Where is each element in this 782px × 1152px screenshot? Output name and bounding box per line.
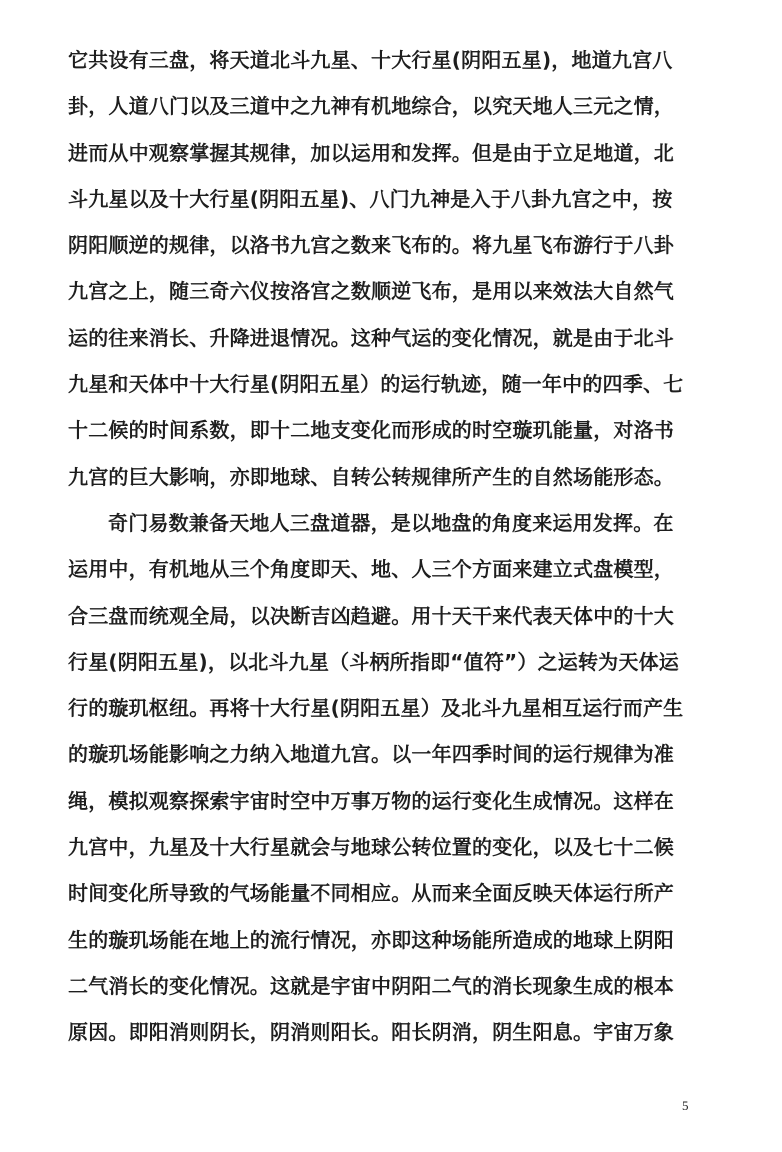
text-line: 原因。即阳消则阴长，阴消则阳长。阳长阴消，阴生阳息。宇宙万象 [68,1009,688,1055]
text-line: 时间变化所导致的气场能量不同相应。从而来全面反映天体运行所产 [68,870,688,916]
text-line: 斗九星以及十大行星(阴阳五星)、八门九神是入于八卦九宫之中，按 [68,176,688,222]
text-line: 生的璇玑场能在地上的流行情况，亦即这种场能所造成的地球上阴阳 [68,917,688,963]
text-line: 的璇玑场能影响之力纳入地道九宫。以一年四季时间的运行规律为准 [68,731,688,777]
text-line: 九星和天体中十大行星(阴阳五星）的运行轨迹，随一年中的四季、七 [68,361,688,407]
text-line: 行的璇玑枢纽。再将十大行星(阴阳五星）及北斗九星相互运行而产生 [68,685,688,731]
page-number: 5 [682,1098,689,1114]
text-line: 绳，模拟观察探索宇宙时空中万事万物的运行变化生成情况。这样在 [68,778,688,824]
text-line: 进而从中观察掌握其规律，加以运用和发挥。但是由于立足地道，北 [68,130,688,176]
text-line: 它共设有三盘，将天道北斗九星、十大行星(阴阳五星)，地道九宫八 [68,37,688,83]
text-line: 运用中，有机地从三个角度即天、地、人三个方面来建立式盘模型， [68,546,688,592]
text-line: 九宫之上，随三奇六仪按洛宫之数顺逆飞布，是用以来效法大自然气 [68,268,688,314]
text-line: 行星(阴阳五星)，以北斗九星（斗柄所指即“值符”）之运转为天体运 [68,639,688,685]
paragraph-first-line: 奇门易数兼备天地人三盘道器，是以地盘的角度来运用发挥。在 [68,500,688,546]
text-line: 九宫的巨大影响，亦即地球、自转公转规律所产生的自然场能形态。 [68,454,688,500]
document-page: 它共设有三盘，将天道北斗九星、十大行星(阴阳五星)，地道九宫八卦，人道八门以及三… [0,0,782,1152]
text-line: 合三盘而统观全局，以决断吉凶趋避。用十天干来代表天体中的十大 [68,593,688,639]
text-line: 二气消长的变化情况。这就是宇宙中阴阳二气的消长现象生成的根本 [68,963,688,1009]
text-line: 十二候的时间系数，即十二地支变化而形成的时空璇玑能量，对洛书 [68,407,688,453]
text-line: 阴阳顺逆的规律，以洛书九宫之数来飞布的。将九星飞布游行于八卦 [68,222,688,268]
text-line: 卦，人道八门以及三道中之九神有机地综合，以究天地人三元之情， [68,83,688,129]
body-text: 它共设有三盘，将天道北斗九星、十大行星(阴阳五星)，地道九宫八卦，人道八门以及三… [68,37,688,1056]
text-line: 九宫中，九星及十大行星就会与地球公转位置的变化，以及七十二候 [68,824,688,870]
text-line: 运的往来消长、升降进退情况。这种气运的变化情况，就是由于北斗 [68,315,688,361]
